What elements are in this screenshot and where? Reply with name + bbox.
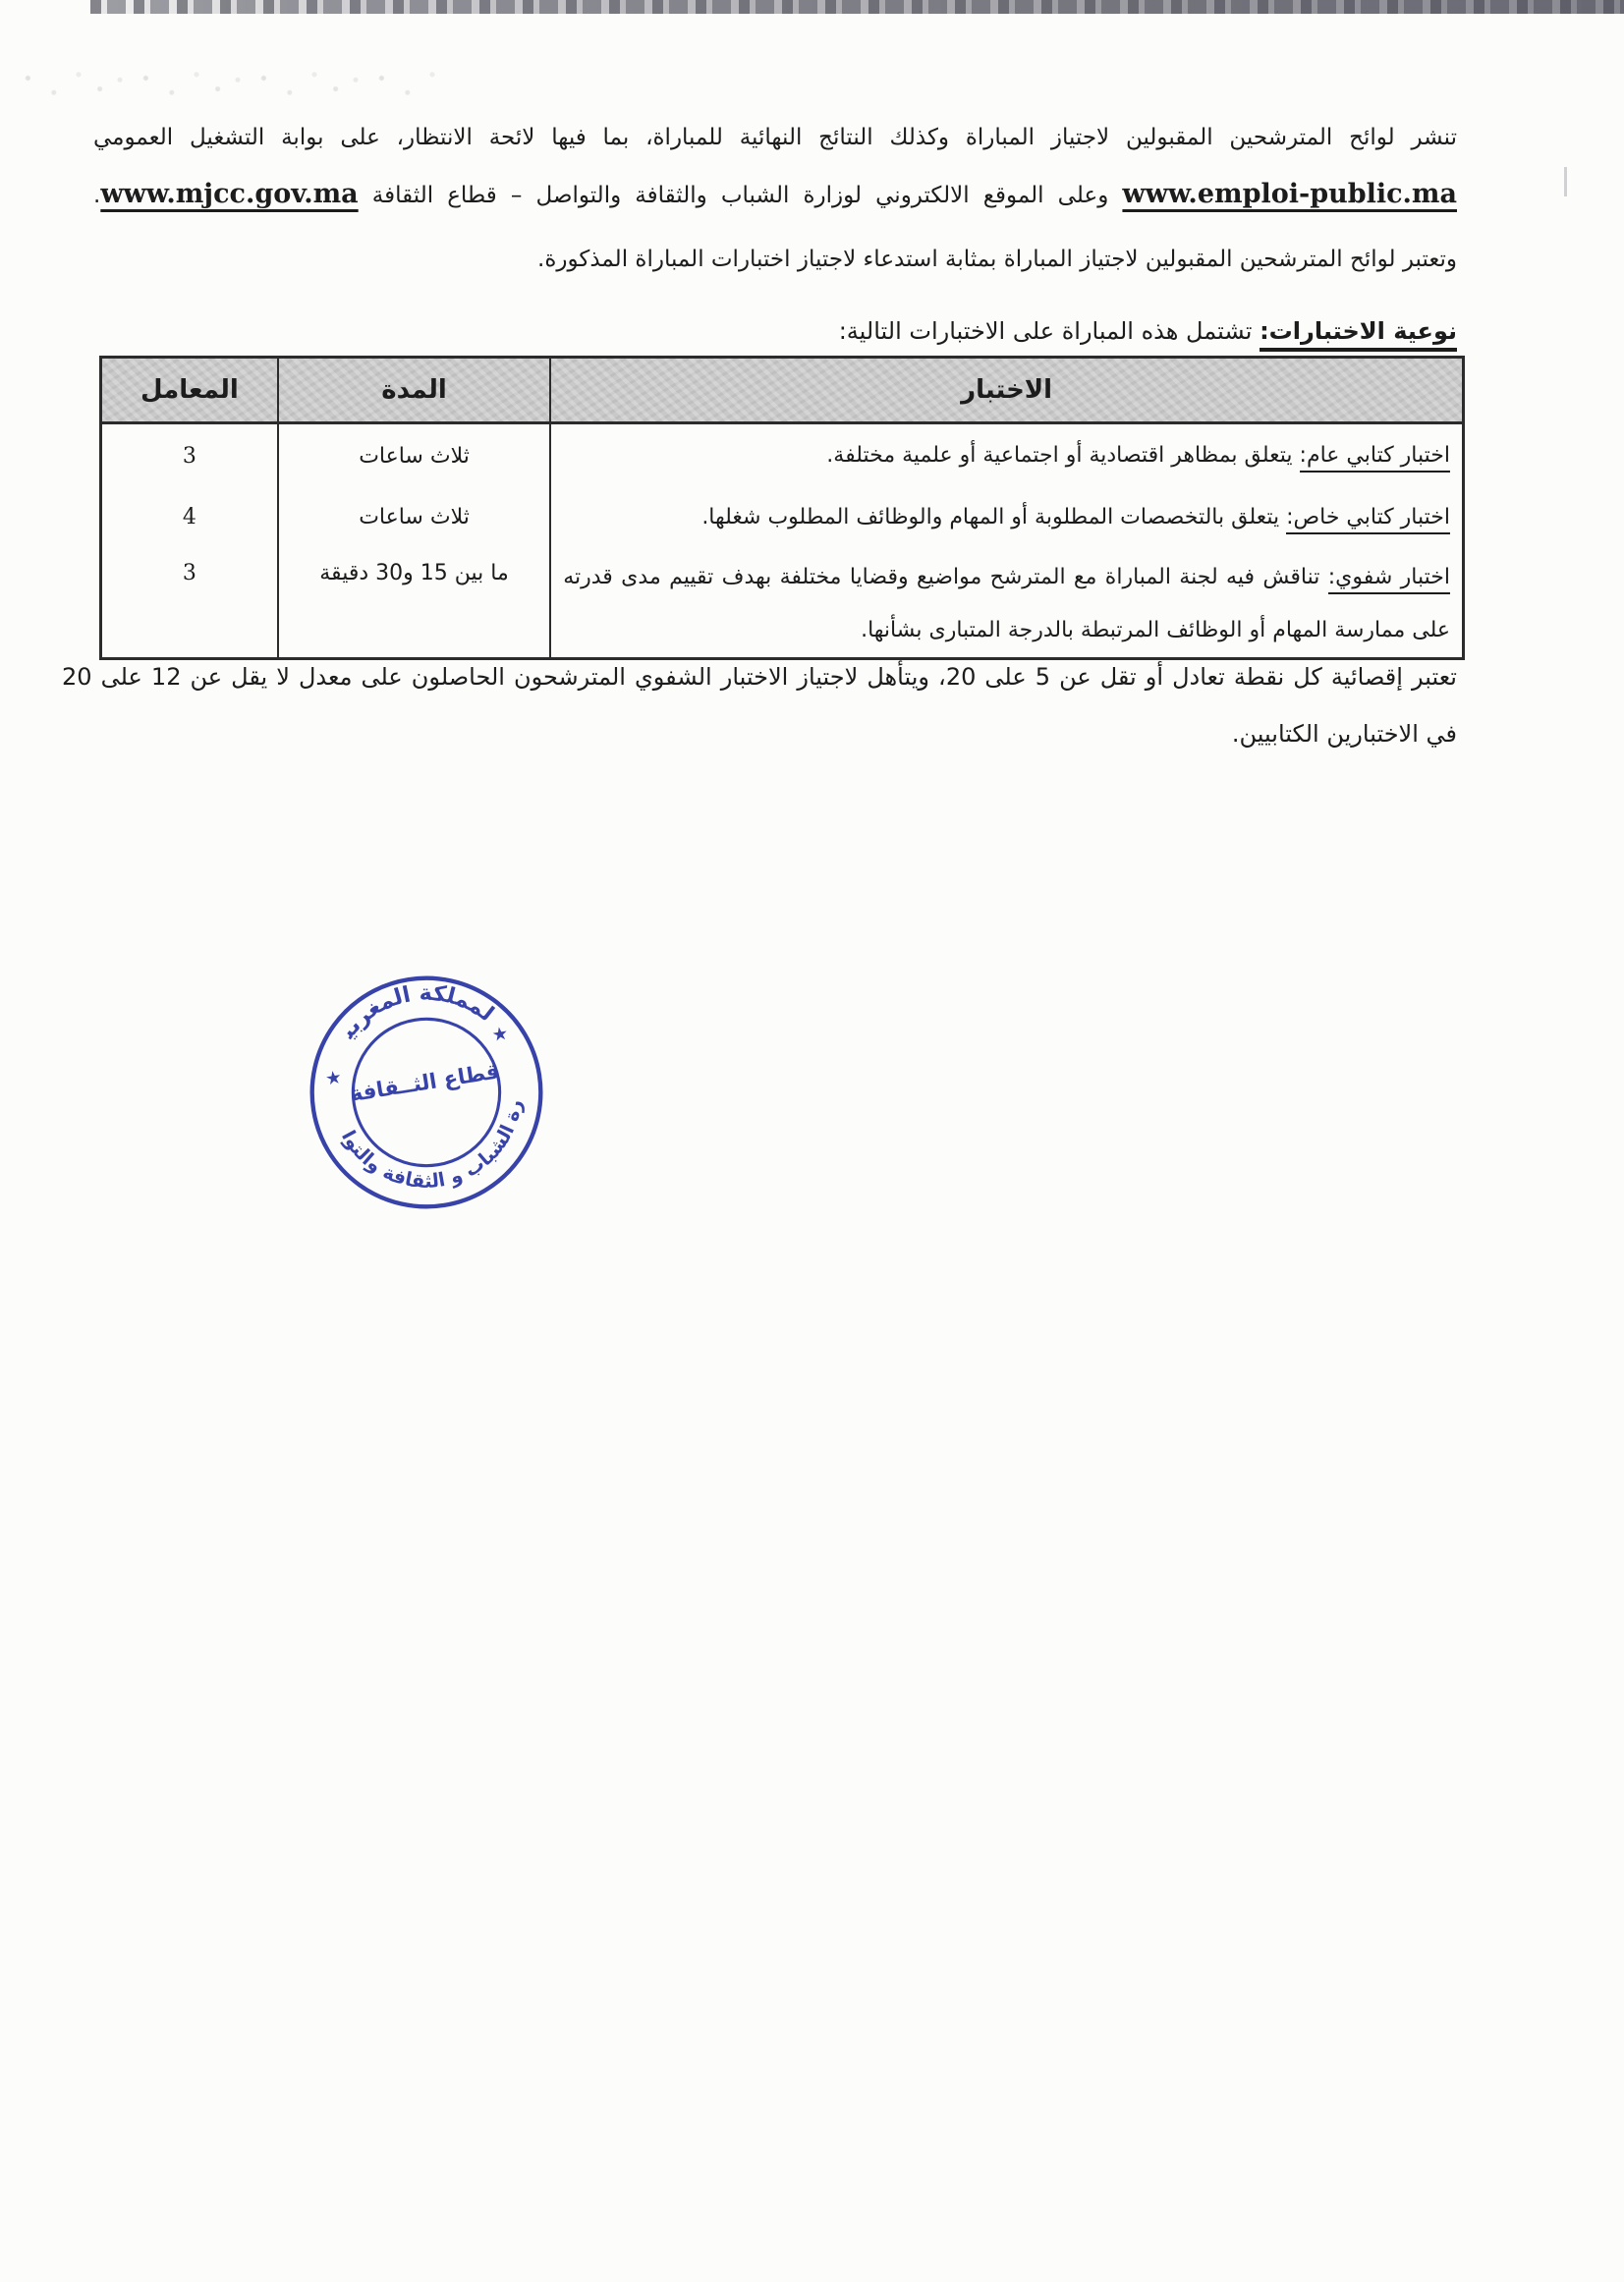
- stamp-center-text: قطاع الثــقافة: [349, 1059, 502, 1107]
- publication-text-start: تنشر لوائح المترشحين المقبولين لاجتياز ا…: [93, 125, 1457, 150]
- emploi-public-url: www.emploi-public.ma: [1122, 179, 1457, 209]
- ministry-stamp: المملكة المغربية وزارة الشباب و الثقافة …: [303, 969, 550, 1216]
- exam-description: يتعلق بمظاهر اقتصادية أو اجتماعية أو علم…: [826, 443, 1299, 468]
- exams-section-heading: نوعية الاختبارات: تشتمل هذه المباراة على…: [93, 308, 1457, 354]
- mjcc-url: www.mjcc.gov.ma: [100, 179, 358, 209]
- exam-description: تناقش فيه لجنة المباراة مع المترشح مواضي…: [563, 565, 1450, 642]
- table-row-general-written-exam: اختبار كتابي عام: يتعلق بمظاهر اقتصادية …: [101, 423, 1464, 488]
- exam-cell: اختبار شفوي: تناقش فيه لجنة المباراة مع …: [550, 547, 1463, 659]
- scan-artifact-top-band: [90, 0, 1624, 14]
- coefficient-cell: 4: [101, 488, 278, 547]
- duration-cell: ثلاث ساعات: [278, 423, 550, 488]
- publication-paragraph: تنشر لوائح المترشحين المقبولين لاجتياز ا…: [93, 110, 1457, 224]
- elimination-note-paragraph: تعتبر إقصائية كل نقطة تعادل أو تقل عن 5 …: [62, 648, 1457, 762]
- star-icon-left: ★: [324, 1067, 344, 1089]
- exams-heading-rest: تشتمل هذه المباراة على الاختبارات التالي…: [839, 317, 1260, 345]
- table-row-oral-exam: اختبار شفوي: تناقش فيه لجنة المباراة مع …: [101, 547, 1464, 659]
- table-row-special-written-exam: اختبار كتابي خاص: يتعلق بالتخصصات المطلو…: [101, 488, 1464, 547]
- ministry-stamp-svg: المملكة المغربية وزارة الشباب و الثقافة …: [303, 969, 550, 1216]
- exam-title: اختبار شفوي:: [1328, 565, 1450, 594]
- column-header-coefficient: المعامل: [101, 358, 278, 423]
- scan-artifact-specks: [14, 61, 446, 106]
- exam-description: يتعلق بالتخصصات المطلوبة أو المهام والوظ…: [701, 505, 1286, 529]
- publication-text-middle: وعلى الموقع الالكتروني لوزارة الشباب وال…: [359, 183, 1123, 208]
- column-header-exam: الاختبار: [550, 358, 1463, 423]
- scanned-document-page: تنشر لوائح المترشحين المقبولين لاجتياز ا…: [0, 0, 1624, 2282]
- coefficient-cell: 3: [101, 547, 278, 659]
- exam-title: اختبار كتابي عام:: [1300, 443, 1450, 473]
- table-header-row: الاختبار المدة المعامل: [101, 358, 1464, 423]
- duration-cell: ما بين 15 و30 دقيقة: [278, 547, 550, 659]
- scan-artifact-right-mark: [1564, 167, 1567, 196]
- star-icon-right: ★: [490, 1024, 510, 1046]
- convocation-paragraph: وتعتبر لوائح المترشحين المقبولين لاجتياز…: [93, 232, 1457, 288]
- coefficient-cell: 3: [101, 423, 278, 488]
- column-header-duration: المدة: [278, 358, 550, 423]
- exam-cell: اختبار كتابي عام: يتعلق بمظاهر اقتصادية …: [550, 423, 1463, 488]
- exam-title: اختبار كتابي خاص:: [1286, 505, 1450, 534]
- exams-table: الاختبار المدة المعامل اختبار كتابي عام:…: [99, 356, 1465, 660]
- exams-heading-label: نوعية الاختبارات:: [1260, 317, 1457, 352]
- exam-cell: اختبار كتابي خاص: يتعلق بالتخصصات المطلو…: [550, 488, 1463, 547]
- duration-cell: ثلاث ساعات: [278, 488, 550, 547]
